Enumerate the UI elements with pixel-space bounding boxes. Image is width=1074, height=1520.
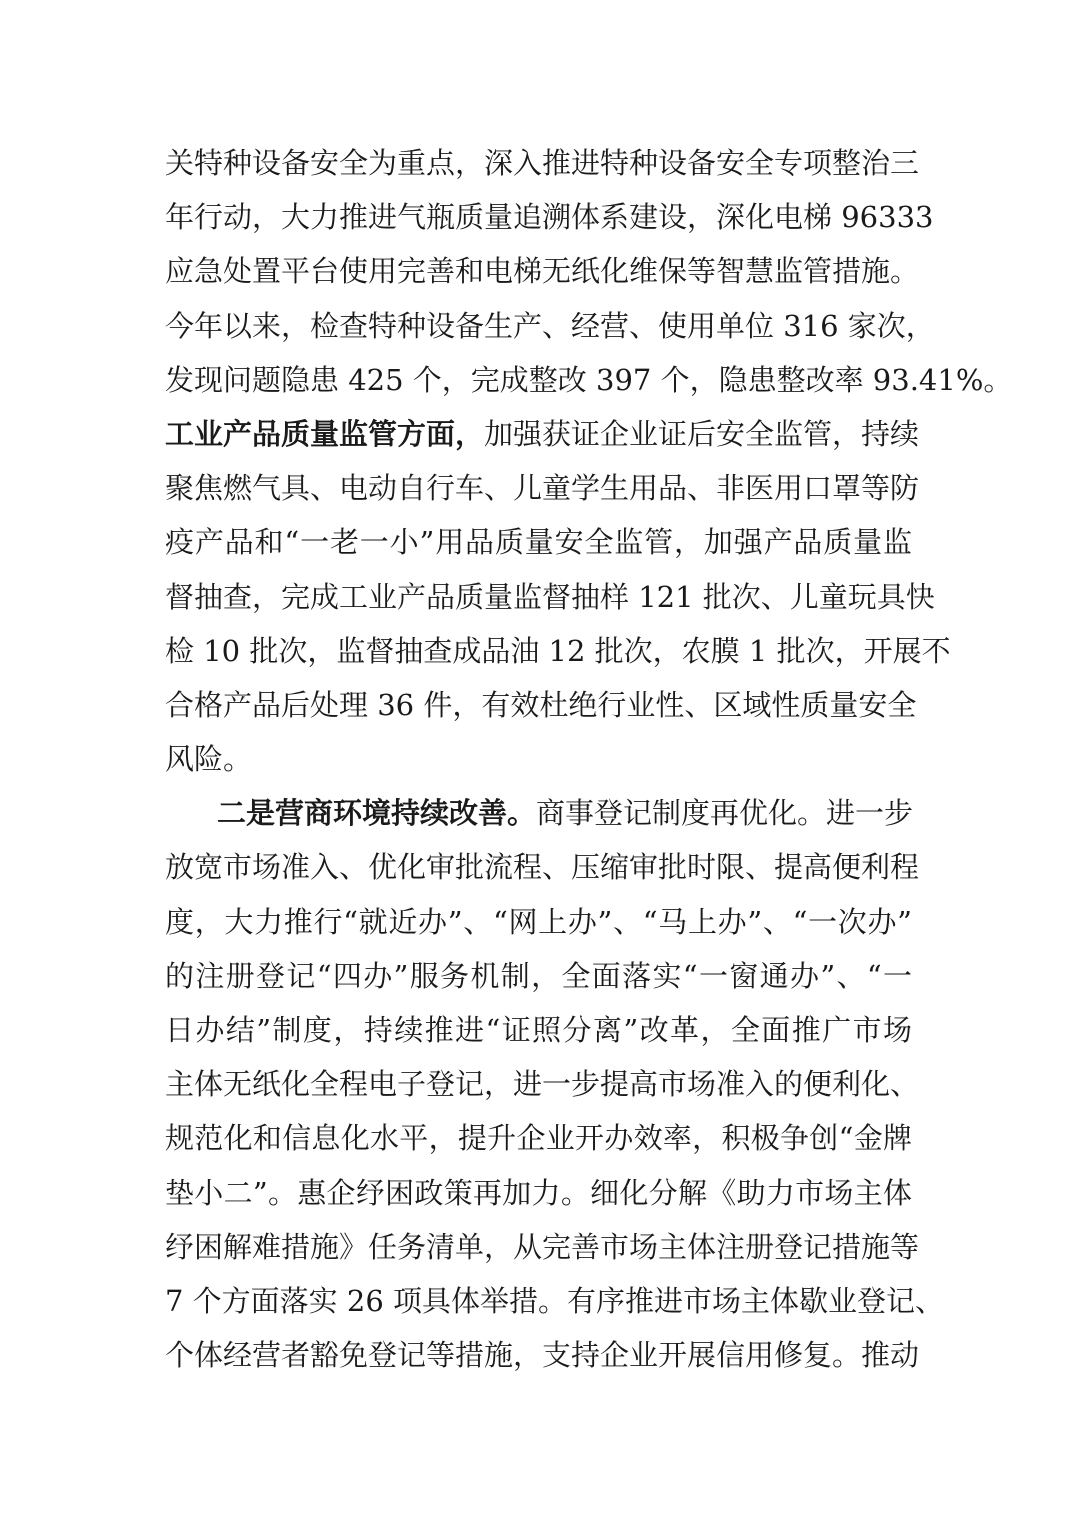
text-line: 年行动，大力推进气瓶质量追溯体系建设，深化电梯 96333 bbox=[165, 196, 912, 250]
body-text-run: 日办结”制度，持续推进“证照分离”改革，全面推广市场 bbox=[165, 1013, 912, 1047]
text-line: 的注册登记“四办”服务机制，全面落实“一窗通办”、“一 bbox=[165, 955, 912, 1009]
text-line: 今年以来，检查特种设备生产、经营、使用单位 316 家次， bbox=[165, 305, 912, 359]
text-line: 主体无纸化全程电子登记，进一步提高市场准入的便利化、 bbox=[165, 1063, 912, 1117]
bold-heading-text: 二是营商环境持续改善。 bbox=[217, 796, 536, 830]
body-text-run: 风险。 bbox=[165, 742, 252, 776]
body-text-run: 关特种设备安全为重点，深入推进特种设备安全专项整治三 bbox=[165, 146, 919, 180]
body-text-run: 聚焦燃气具、电动自行车、儿童学生用品、非医用口罩等防 bbox=[165, 471, 919, 505]
text-line: 7 个方面落实 26 项具体举措。有序推进市场主体歇业登记、 bbox=[165, 1280, 912, 1334]
text-line: 疫产品和“一老一小”用品质量安全监管，加强产品质量监 bbox=[165, 521, 912, 575]
body-text-run: 商事登记制度再优化。进一步 bbox=[536, 796, 913, 830]
body-text-run: 合格产品后处理 36 件，有效杜绝行业性、区域性质量安全 bbox=[165, 688, 916, 722]
body-text-run: 纾困解难措施》任务清单，从完善市场主体注册登记措施等 bbox=[165, 1230, 919, 1264]
text-line: 垫小二”。惠企纾困政策再加力。细化分解《助力市场主体 bbox=[165, 1172, 912, 1226]
body-text-run: 今年以来，检查特种设备生产、经营、使用单位 316 家次， bbox=[165, 309, 935, 343]
body-text-run: 主体无纸化全程电子登记，进一步提高市场准入的便利化、 bbox=[165, 1067, 919, 1101]
text-line: 放宽市场准入、优化审批流程、压缩审批时限、提高便利程 bbox=[165, 846, 912, 900]
body-text-run: 放宽市场准入、优化审批流程、压缩审批时限、提高便利程 bbox=[165, 850, 919, 884]
body-text-run: 个体经营者豁免登记等措施，支持企业开展信用修复。推动 bbox=[165, 1338, 919, 1372]
text-line: 关特种设备安全为重点，深入推进特种设备安全专项整治三 bbox=[165, 142, 912, 196]
bold-heading-text: 工业产品质量监管方面， bbox=[165, 417, 484, 451]
body-text-run: 加强获证企业证后安全监管，持续 bbox=[484, 417, 919, 451]
body-text-run: 7 个方面落实 26 项具体举措。有序推进市场主体歇业登记、 bbox=[165, 1284, 944, 1318]
body-text-run: 应急处置平台使用完善和电梯无纸化维保等智慧监管措施。 bbox=[165, 254, 919, 288]
body-text-run: 垫小二”。惠企纾困政策再加力。细化分解《助力市场主体 bbox=[165, 1176, 912, 1210]
body-text-run: 年行动，大力推进气瓶质量追溯体系建设，深化电梯 96333 bbox=[165, 200, 933, 234]
document-page: 关特种设备安全为重点，深入推进特种设备安全专项整治三年行动，大力推进气瓶质量追溯… bbox=[0, 0, 1074, 1520]
body-text-run: 检 10 批次，监督抽查成品油 12 批次，农膜 1 批次，开展不 bbox=[165, 634, 951, 668]
text-line: 日办结”制度，持续推进“证照分离”改革，全面推广市场 bbox=[165, 1009, 912, 1063]
text-line: 度，大力推行“就近办”、“网上办”、“马上办”、“一次办” bbox=[165, 901, 912, 955]
text-line: 风险。 bbox=[165, 738, 912, 792]
body-text-run: 度，大力推行“就近办”、“网上办”、“马上办”、“一次办” bbox=[165, 905, 912, 939]
text-line: 聚焦燃气具、电动自行车、儿童学生用品、非医用口罩等防 bbox=[165, 467, 912, 521]
body-text-run: 规范化和信息化水平，提升企业开办效率，积极争创“金牌 bbox=[165, 1121, 912, 1155]
body-text-run: 督抽查，完成工业产品质量监督抽样 121 批次、儿童玩具快 bbox=[165, 580, 935, 614]
text-line: 纾困解难措施》任务清单，从完善市场主体注册登记措施等 bbox=[165, 1226, 912, 1280]
text-line: 工业产品质量监管方面，加强获证企业证后安全监管，持续 bbox=[165, 413, 912, 467]
text-line: 个体经营者豁免登记等措施，支持企业开展信用修复。推动 bbox=[165, 1334, 912, 1388]
body-text-run: 的注册登记“四办”服务机制，全面落实“一窗通办”、“一 bbox=[165, 959, 912, 993]
body-text-run: 疫产品和“一老一小”用品质量安全监管，加强产品质量监 bbox=[165, 525, 912, 559]
text-line: 检 10 批次，监督抽查成品油 12 批次，农膜 1 批次，开展不 bbox=[165, 630, 912, 684]
text-line: 应急处置平台使用完善和电梯无纸化维保等智慧监管措施。 bbox=[165, 250, 912, 304]
paragraph-first-line: 二是营商环境持续改善。商事登记制度再优化。进一步 bbox=[165, 792, 912, 846]
text-line: 规范化和信息化水平，提升企业开办效率，积极争创“金牌 bbox=[165, 1117, 912, 1171]
document-body: 关特种设备安全为重点，深入推进特种设备安全专项整治三年行动，大力推进气瓶质量追溯… bbox=[165, 142, 912, 1388]
text-line: 督抽查，完成工业产品质量监督抽样 121 批次、儿童玩具快 bbox=[165, 576, 912, 630]
body-text-run: 发现问题隐患 425 个，完成整改 397 个，隐患整改率 93.41%。 bbox=[165, 363, 1012, 397]
text-line: 发现问题隐患 425 个，完成整改 397 个，隐患整改率 93.41%。 bbox=[165, 359, 912, 413]
text-line: 合格产品后处理 36 件，有效杜绝行业性、区域性质量安全 bbox=[165, 684, 912, 738]
